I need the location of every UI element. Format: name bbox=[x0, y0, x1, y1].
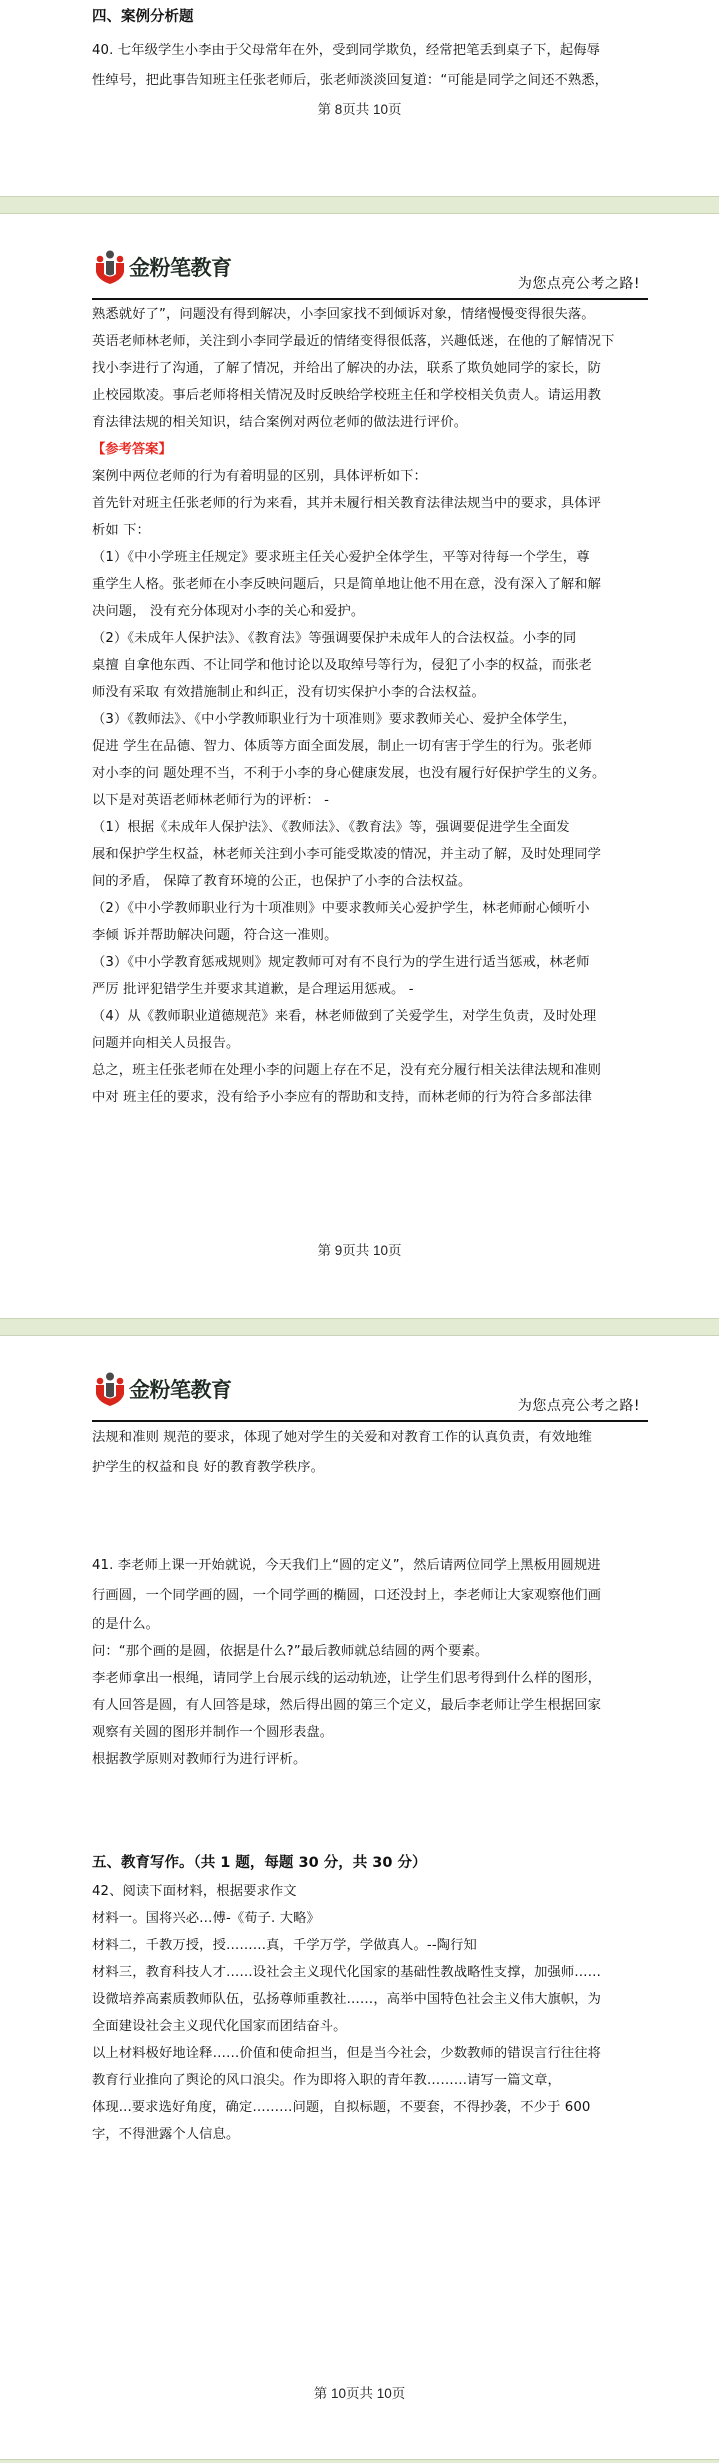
question-42-line: 42、阅读下面材料，根据要求作文 bbox=[92, 1878, 648, 1905]
brand-logo: 金粉笔教育 bbox=[94, 250, 232, 284]
question-41-line: 有人回答是圆，有人回答是球，然后得出圆的第三个定义，最后李老师让学生根据回家 bbox=[92, 1692, 648, 1719]
page-separator bbox=[0, 2459, 719, 2463]
answer-line: 促进 学生在品德、智力、体质等方面全面发展，制止一切有害于学生的行为。张老师 bbox=[92, 733, 648, 760]
question-42-line: 教育行业推向了舆论的风口浪尖。作为即将入职的青年教………请写一篇文章， bbox=[92, 2067, 648, 2094]
page-9-content: 熟悉就好了”，问题没有得到解决，小李回家找不到倾诉对象，情绪慢慢变得很失落。 英… bbox=[92, 301, 648, 1111]
page-8: 四、案例分析题 40. 七年级学生小李由于父母常年在外，受到同学欺负，经常把笔丢… bbox=[0, 0, 719, 198]
question-42-line: 设微培养高素质教师队伍，弘扬尊师重教社……，高举中国特色社会主义伟大旗帜，为 bbox=[92, 1986, 648, 2013]
page-8-content: 四、案例分析题 40. 七年级学生小李由于父母常年在外，受到同学欺负，经常把笔丢… bbox=[92, 2, 648, 96]
reference-answer-tag: 【参考答案】 bbox=[92, 436, 648, 463]
answer-line: 展和保护学生权益，林老师关注到小李可能受欺凌的情况，并主动了解，及时处理同学 bbox=[92, 841, 648, 868]
answer-line: 决问题， 没有充分体现对小李的关心和爱护。 bbox=[92, 598, 648, 625]
question-42-line: 全面建设社会主义现代化国家而团结奋斗。 bbox=[92, 2013, 648, 2040]
answer-line: 李倾 诉并帮助解决问题，符合这一准则。 bbox=[92, 922, 648, 949]
answer-line: 严厉 批评犯错学生并要求其道歉，是合理运用惩戒。 - bbox=[92, 976, 648, 1003]
answer-line: 以下是对英语老师林老师行为的评析： - bbox=[92, 787, 648, 814]
question-40-line-4: 英语老师林老师，关注到小李同学最近的情绪变得很低落，兴趣低迷，在他的了解情况下 bbox=[92, 328, 648, 355]
page-separator bbox=[0, 1318, 719, 1336]
question-40-line-7: 育法律法规的相关知识，结合案例对两位老师的做法进行评价。 bbox=[92, 409, 648, 436]
slogan: 为您点亮公考之路! bbox=[518, 1395, 640, 1415]
answer-line: 桌擅 自拿他东西、不让同学和他讨论以及取绰号等行为，侵犯了小李的权益，而张老 bbox=[92, 652, 648, 679]
answer-line: （1）《中小学班主任规定》要求班主任关心爱护全体学生，平等对待每一个学生，尊 bbox=[92, 544, 648, 571]
answer-line: 中对 班主任的要求，没有给予小李应有的帮助和支持，而林老师的行为符合多部法律 bbox=[92, 1084, 648, 1111]
question-41-line: 问：“那个画的是圆，依据是什么?”最后教师就总结圆的两个要素。 bbox=[92, 1638, 648, 1665]
answer-line: 重学生人格。张老师在小李反映问题后，只是简单地让他不用在意，没有深入了解和解 bbox=[92, 571, 648, 598]
answer-line: （1）根据《未成年人保护法》、《教师法》、《教育法》等，强调要促进学生全面发 bbox=[92, 814, 648, 841]
slogan: 为您点亮公考之路! bbox=[518, 273, 640, 293]
question-41-line: 的是什么。 bbox=[92, 1611, 648, 1638]
question-42-line: 以上材料极好地诠释……价值和使命担当，但是当今社会，少数教师的错误言行往往将 bbox=[92, 2040, 648, 2067]
answer-line: （3）《中小学教育惩戒规则》规定教师可对有不良行为的学生进行适当惩戒，林老师 bbox=[92, 949, 648, 976]
question-40-line-2: 性绰号，把此事告知班主任张老师后，张老师淡淡回复道：“可能是同学之间还不熟悉， bbox=[92, 66, 648, 96]
question-40-line-1: 40. 七年级学生小李由于父母常年在外，受到同学欺负，经常把笔丢到桌子下，起侮辱 bbox=[92, 36, 648, 66]
section-5: 五、教育写作。（共 1 题，每题 30 分，共 30 分） 42、阅读下面材料，… bbox=[92, 1848, 648, 2148]
page-header: 金粉笔教育 为您点亮公考之路! bbox=[92, 250, 648, 300]
section-heading-case-analysis: 四、案例分析题 bbox=[92, 2, 648, 32]
question-42-line: 体现...要求选好角度，确定………问题，自拟标题，不要套，不得抄袭，不少于 60… bbox=[92, 2094, 648, 2121]
question-41-line: 行画圆，一个同学画的圆，一个同学画的椭圆，口还没封上，李老师让大家观察他们画 bbox=[92, 1581, 648, 1611]
question-42-line: 材料一。国将兴必…傅-《荀子. 大略》 bbox=[92, 1905, 648, 1932]
brand-name: 金粉笔教育 bbox=[129, 1374, 232, 1404]
page-number: 第 9页共 10页 bbox=[0, 1239, 719, 1259]
answer-continued-line: 法规和准则 规范的要求，体现了她对学生的关爱和对教育工作的认真负责，有效地维 bbox=[92, 1423, 648, 1453]
question-41-line: 观察有关圆的图形并制作一个圆形表盘。 bbox=[92, 1719, 648, 1746]
question-40-line-3: 熟悉就好了”，问题没有得到解决，小李回家找不到倾诉对象，情绪慢慢变得很失落。 bbox=[92, 301, 648, 328]
page-number: 第 8页共 10页 bbox=[0, 98, 719, 118]
answer-line: 总之，班主任张老师在处理小李的问题上存在不足，没有充分履行相关法律法规和准则 bbox=[92, 1057, 648, 1084]
answer-line: 案例中两位老师的行为有着明显的区别，具体评析如下： bbox=[92, 463, 648, 490]
answer-line: 对小李的问 题处理不当，不利于小李的身心健康发展，也没有履行好保护学生的义务。 bbox=[92, 760, 648, 787]
question-40-line-6: 止校园欺凌。事后老师将相关情况及时反映给学校班主任和学校相关负责人。请运用教 bbox=[92, 382, 648, 409]
answer-line: （2）《未成年人保护法》、《教育法》等强调要保护未成年人的合法权益。小李的同 bbox=[92, 625, 648, 652]
page-header: 金粉笔教育 为您点亮公考之路! bbox=[92, 1372, 648, 1422]
question-42-line: 材料二，千教万授，授………真，千学万学，学做真人。--陶行知 bbox=[92, 1932, 648, 1959]
answer-line: 间的矛盾， 保障了教育环境的公正，也保护了小李的合法权益。 bbox=[92, 868, 648, 895]
answer-line: （4）从《教师职业道德规范》来看，林老师做到了关爱学生，对学生负责，及时处理 bbox=[92, 1003, 648, 1030]
page-separator bbox=[0, 196, 719, 214]
page-10: 金粉笔教育 为您点亮公考之路! 法规和准则 规范的要求，体现了她对学生的关爱和对… bbox=[0, 1336, 719, 2463]
jinfenbi-logo-icon bbox=[94, 1372, 126, 1406]
jinfenbi-logo-icon bbox=[94, 250, 126, 284]
brand-name: 金粉笔教育 bbox=[129, 252, 232, 282]
question-41-line: 41. 李老师上课一开始就说，今天我们上“圆的定义”，然后请两位同学上黑板用圆规… bbox=[92, 1551, 648, 1581]
section-heading-education-writing: 五、教育写作。（共 1 题，每题 30 分，共 30 分） bbox=[92, 1848, 648, 1878]
answer-line: 析如 下： bbox=[92, 517, 648, 544]
brand-logo: 金粉笔教育 bbox=[94, 1372, 232, 1406]
answer-line: 问题并向相关人员报告。 bbox=[92, 1030, 648, 1057]
question-40-line-5: 找小李进行了沟通，了解了情况，并给出了解决的办法，联系了欺负她同学的家长，防 bbox=[92, 355, 648, 382]
answer-line: （2）《中小学教师职业行为十项准则》中要求教师关心爱护学生，林老师耐心倾听小 bbox=[92, 895, 648, 922]
page-9: 金粉笔教育 为您点亮公考之路! 熟悉就好了”，问题没有得到解决，小李回家找不到倾… bbox=[0, 214, 719, 1318]
answer-continued-line: 护学生的权益和良 好的教育教学秩序。 bbox=[92, 1453, 648, 1483]
answer-line: 师没有采取 有效措施制止和纠正，没有切实保护小李的合法权益。 bbox=[92, 679, 648, 706]
question-41-line: 李老师拿出一根绳，请同学上台展示线的运动轨迹，让学生们思考得到什么样的图形， bbox=[92, 1665, 648, 1692]
page-number: 第 10页共 10页 bbox=[0, 2382, 719, 2402]
question-41-line: 根据教学原则对教师行为进行评析。 bbox=[92, 1746, 648, 1773]
answer-line: （3）《教师法》、《中小学教师职业行为十项准则》要求教师关心、爱护全体学生， bbox=[92, 706, 648, 733]
question-41: 41. 李老师上课一开始就说，今天我们上“圆的定义”，然后请两位同学上黑板用圆规… bbox=[92, 1551, 648, 1773]
answer-line: 首先针对班主任张老师的行为来看，其并未履行相关教育法律法规当中的要求，具体评 bbox=[92, 490, 648, 517]
question-42-line: 字，不得泄露个人信息。 bbox=[92, 2121, 648, 2148]
question-42-line: 材料三，教育科技人才……设社会主义现代化国家的基础性教战略性支撑，加强师…… bbox=[92, 1959, 648, 1986]
page-10-content: 法规和准则 规范的要求，体现了她对学生的关爱和对教育工作的认真负责，有效地维 护… bbox=[92, 1423, 648, 1483]
